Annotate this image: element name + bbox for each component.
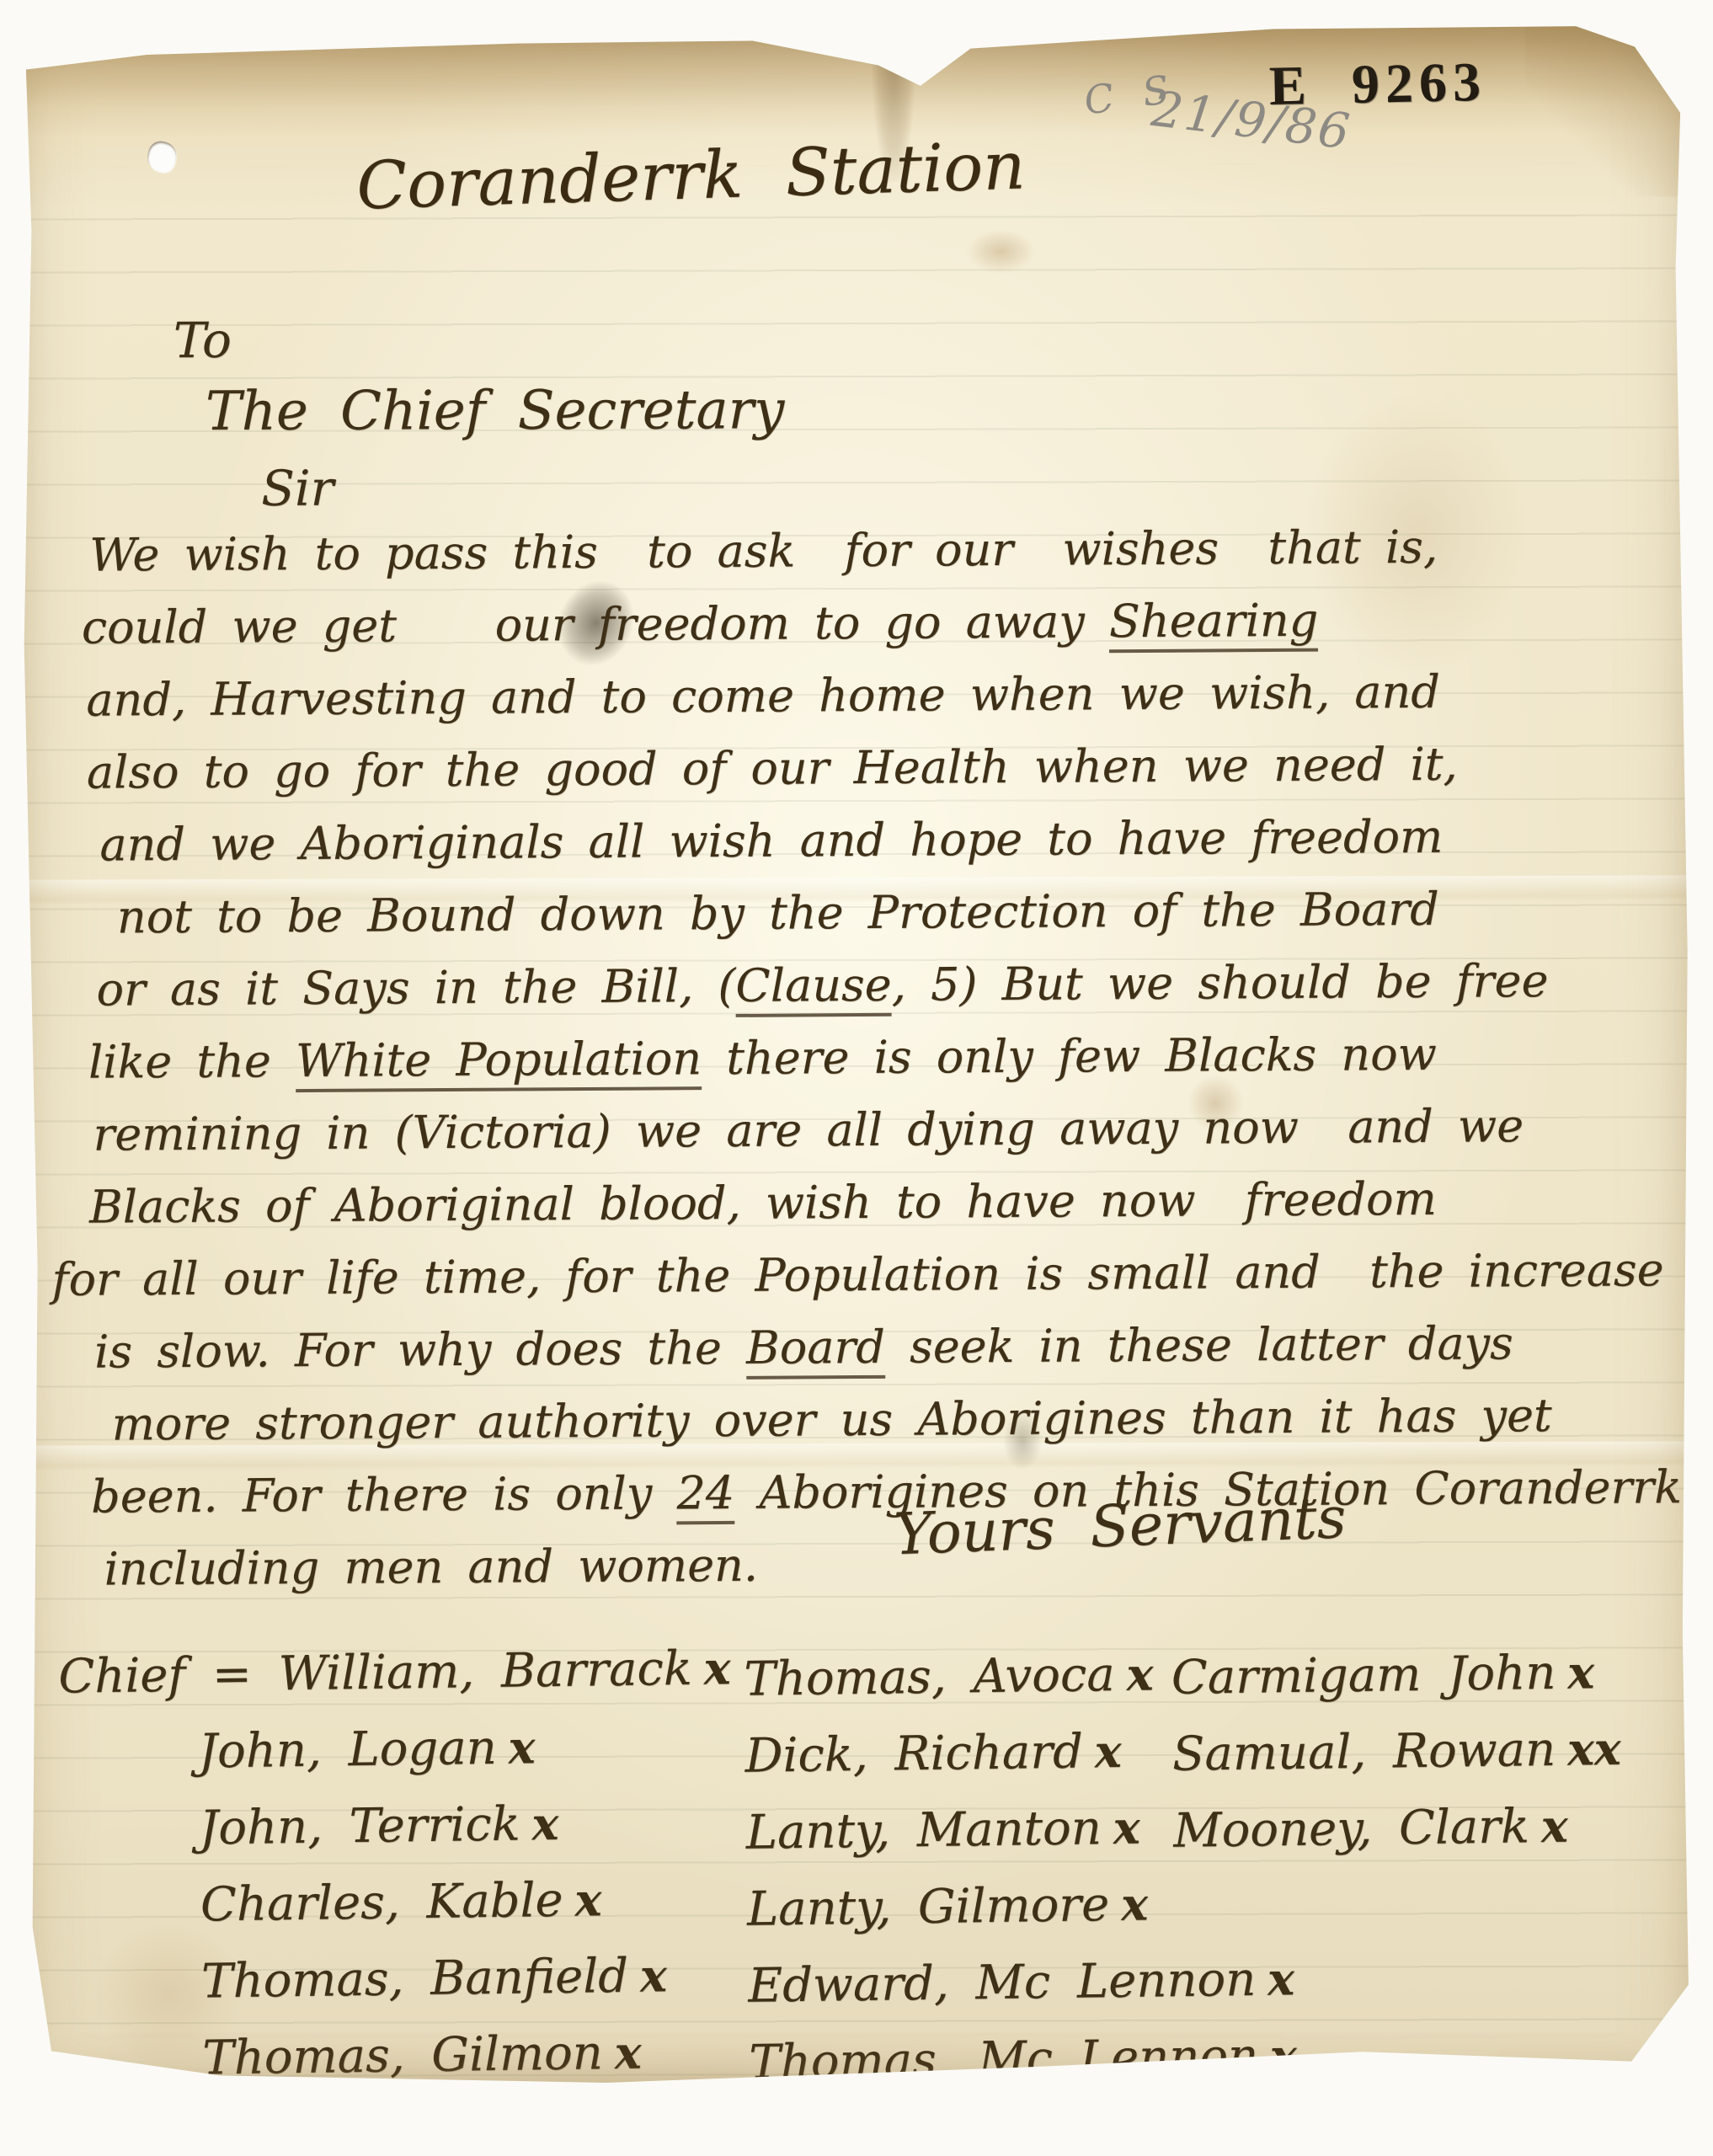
signature: Thomas, Mc Lennonx [749,2028,1298,2112]
signature: Edward, Mc Lennonx [748,1951,1297,2036]
signature-mark: x [1113,1801,1140,1854]
signature-name: John, Terrick [199,1797,520,1856]
underlined-word: Clause [735,958,892,1017]
corner-crumple [1525,19,1694,197]
signature-name: Dick, Richard [744,1725,1083,1784]
letter-line: for all our life time, for the Populatio… [51,1243,1680,1326]
signature-mark: x [1567,1646,1595,1699]
signature-mark: x [1267,1952,1295,2005]
address-to: To [173,312,232,369]
signature-column-3: Carmigam JohnxSamual, RowanxxMooney, Cla… [1171,1645,1622,1881]
line-text: and, Harvesting and to come home when we… [86,665,1440,727]
letter-line: also to go for the good of our Health wh… [87,736,1678,819]
signature: John, Loganx [198,1717,732,1801]
letter-body: We wish to pass this to ask for our wish… [47,519,1683,1615]
line-text: also to go for the good of our Health wh… [87,738,1458,799]
signature-name: Carmigam John [1171,1646,1556,1705]
signature-mark: x [1094,1725,1122,1778]
signature-mark: x [1540,1800,1568,1853]
signature-name: Charles, Kable [200,1873,563,1933]
line-text: for all our life time, for the Populatio… [51,1243,1663,1306]
line-text: including men and women. [104,1539,758,1596]
scanned-letter-page: { "letter": { "stamp": "E 9263", "pencil… [0,0,1713,2156]
line-text: remining in (Victoria) we are all dying … [93,1099,1524,1161]
letter-paper: E 9263 C S 21/9/86 Coranderrk Station To… [13,19,1699,2092]
signature-mark: x [1126,1647,1154,1700]
underlined-word: 24 [676,1466,734,1524]
signature: Thomas, Banfieldx [201,1947,735,2031]
letter-line: and, Harvesting and to come home when we… [86,664,1677,746]
underlined-word: Shearing [1109,594,1319,654]
signature-name: Mooney, Clark [1173,1799,1529,1859]
signature-name: Lanty, Gilmore [747,1877,1110,1937]
signature-mark: x [703,1641,731,1694]
address-recipient: The Chief Secretary [205,379,785,443]
signature: Mooney, Clarkx [1173,1798,1623,1881]
signature-name: Thomas, Mc Lennon [749,2029,1259,2090]
stain [954,221,1047,280]
signature-name: Thomas, Banfield [201,1949,629,2009]
signature-name: John, Logan [198,1721,497,1780]
line-text: like the [88,1034,296,1089]
signature-name: Thomas, Gilmon [202,2025,603,2085]
letter-line: like the White Population there is only … [88,1026,1679,1108]
letter-line: remining in (Victoria) we are all dying … [93,1098,1679,1181]
letter-line: not to be Bound down by the Protection o… [117,881,1678,963]
letter-line: been. For there is only 24 Aborigines on… [91,1460,1682,1543]
line-text: been. For there is only [91,1466,677,1523]
signature-name: Edward, Mc Lennon [748,1952,1257,2014]
salutation: Sir [261,460,334,517]
letter-line: could we get our freedom to go away Shea… [82,591,1677,674]
signature: John, Terrickx [199,1794,733,1877]
letter-line: and we Aboriginals all wish and hope to … [99,808,1678,890]
signature: Chief = William, Barrackx [58,1641,731,1726]
line-text: We wish to pass this to ask for our wish… [89,520,1438,582]
line-text: is slow. For why does the [94,1321,746,1379]
signature-name: Lanty, Manton [745,1801,1102,1860]
line-text: there is only few Blacks now [702,1027,1437,1085]
line-text: and we Aboriginals all wish and hope to … [99,810,1443,872]
letter-line: is slow. For why does the Board seek in … [94,1315,1681,1398]
line-text: seek in these latter days [885,1316,1513,1374]
line-text: Blacks of Aboriginal blood, wish to have… [89,1172,1437,1234]
letter-line: more stronger authority over us Aborigin… [111,1388,1681,1470]
line-text: not to be Bound down by the Protection o… [117,883,1439,944]
underlined-word: White Population [296,1032,702,1092]
letter-line: We wish to pass this to ask for our wish… [89,519,1676,601]
signature-mark: x [1121,1878,1149,1931]
underlined-word: Board [746,1321,885,1380]
signature-mark: x [508,1721,536,1774]
signature-mark: x [614,2026,642,2079]
letter-line: including men and women. [104,1533,1682,1614]
letter-line: or as it Says in the Bill, (Clause, 5) B… [96,953,1678,1035]
signature-name: Thomas, Avoca [744,1647,1115,1707]
signature: Samual, Rowanxx [1172,1721,1622,1804]
signature: Lanty, Gilmorex [747,1875,1296,1959]
line-text: more stronger authority over us Aborigin… [111,1389,1551,1450]
signature-name: Chief = William, Barrack [58,1641,692,1705]
line-text: , 5) But we should be free [891,954,1548,1011]
line-text: could we get our freedom to go away [82,595,1109,654]
signature-column-1: Chief = William, BarrackxJohn, LoganxJoh… [58,1641,736,2109]
letter-line: Blacks of Aboriginal blood, wish to have… [89,1171,1680,1253]
signature-mark: x [1270,2029,1298,2082]
line-text: or as it Says in the Bill, ( [96,959,735,1017]
signature-mark: xx [1567,1722,1621,1776]
signature-mark: x [531,1797,559,1850]
signature: Carmigam Johnx [1171,1645,1620,1727]
signature-mark: x [574,1873,602,1926]
signature: Charles, Kablex [200,1870,734,1954]
signature-mark: x [640,1949,668,2002]
signature: Thomas, Gilmonx [202,2024,736,2107]
signature-name: Samual, Rowan [1172,1722,1556,1782]
